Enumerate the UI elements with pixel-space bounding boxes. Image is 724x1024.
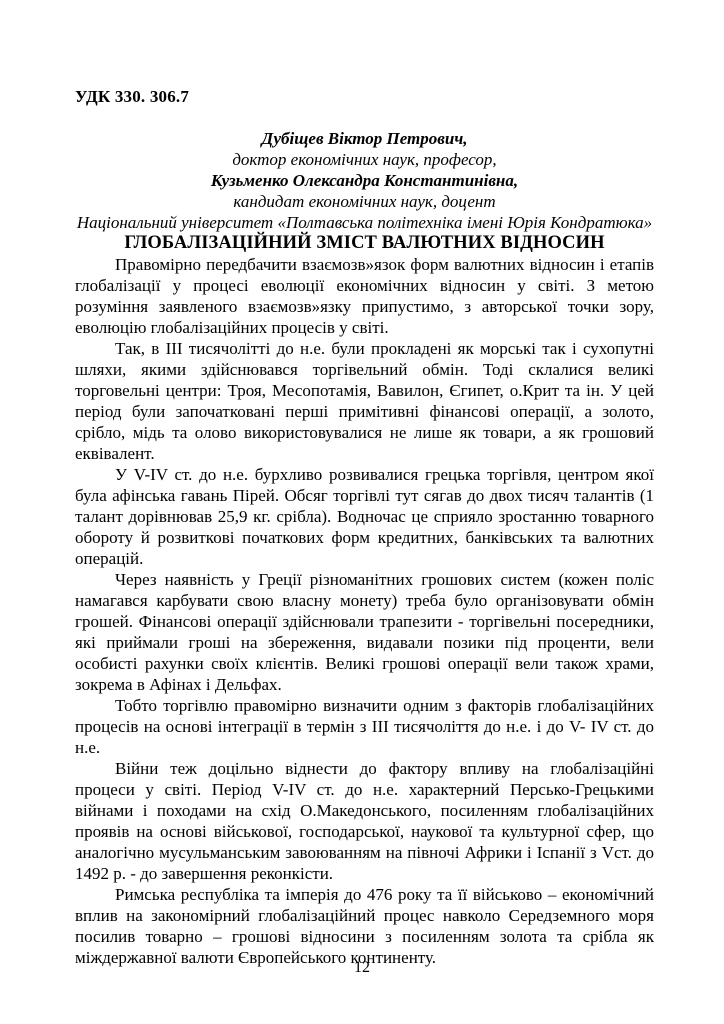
paragraph-2: Так, в ІІІ тисячолітті до н.е. були прок…: [75, 338, 654, 464]
paragraph-3: У V-IV ст. до н.е. бурхливо розвивалися …: [75, 464, 654, 569]
article-body: Правомірно передбачити взаємозв»язок фор…: [75, 254, 654, 968]
paragraph-4: Через наявність у Греції різноманітних г…: [75, 569, 654, 695]
author-degree-2: кандидат економічних наук, доцент: [75, 191, 654, 212]
udc-code: УДК 330. 306.7: [75, 86, 654, 107]
author-name-1: Дубіщев Віктор Петрович,: [75, 128, 654, 149]
byline: Дубіщев Віктор Петрович, доктор економіч…: [75, 128, 654, 233]
author-degree-1: доктор економічних наук, професор,: [75, 149, 654, 170]
affiliation: Національний університет «Полтавська пол…: [75, 212, 654, 233]
paragraph-5: Тобто торгівлю правомірно визначити одни…: [75, 695, 654, 758]
paragraph-7: Римська республіка та імперія до 476 рок…: [75, 884, 654, 968]
page-number: 12: [0, 957, 724, 978]
document-page: УДК 330. 306.7 Дубіщев Віктор Петрович, …: [0, 0, 724, 1024]
author-name-2: Кузьменко Олександра Константинівна,: [75, 170, 654, 191]
paragraph-6: Війни теж доцільно віднести до фактору в…: [75, 758, 654, 884]
article-title: ГЛОБАЛІЗАЦІЙНИЙ ЗМІСТ ВАЛЮТНИХ ВІДНОСИН: [75, 233, 654, 254]
paragraph-1: Правомірно передбачити взаємозв»язок фор…: [75, 254, 654, 338]
